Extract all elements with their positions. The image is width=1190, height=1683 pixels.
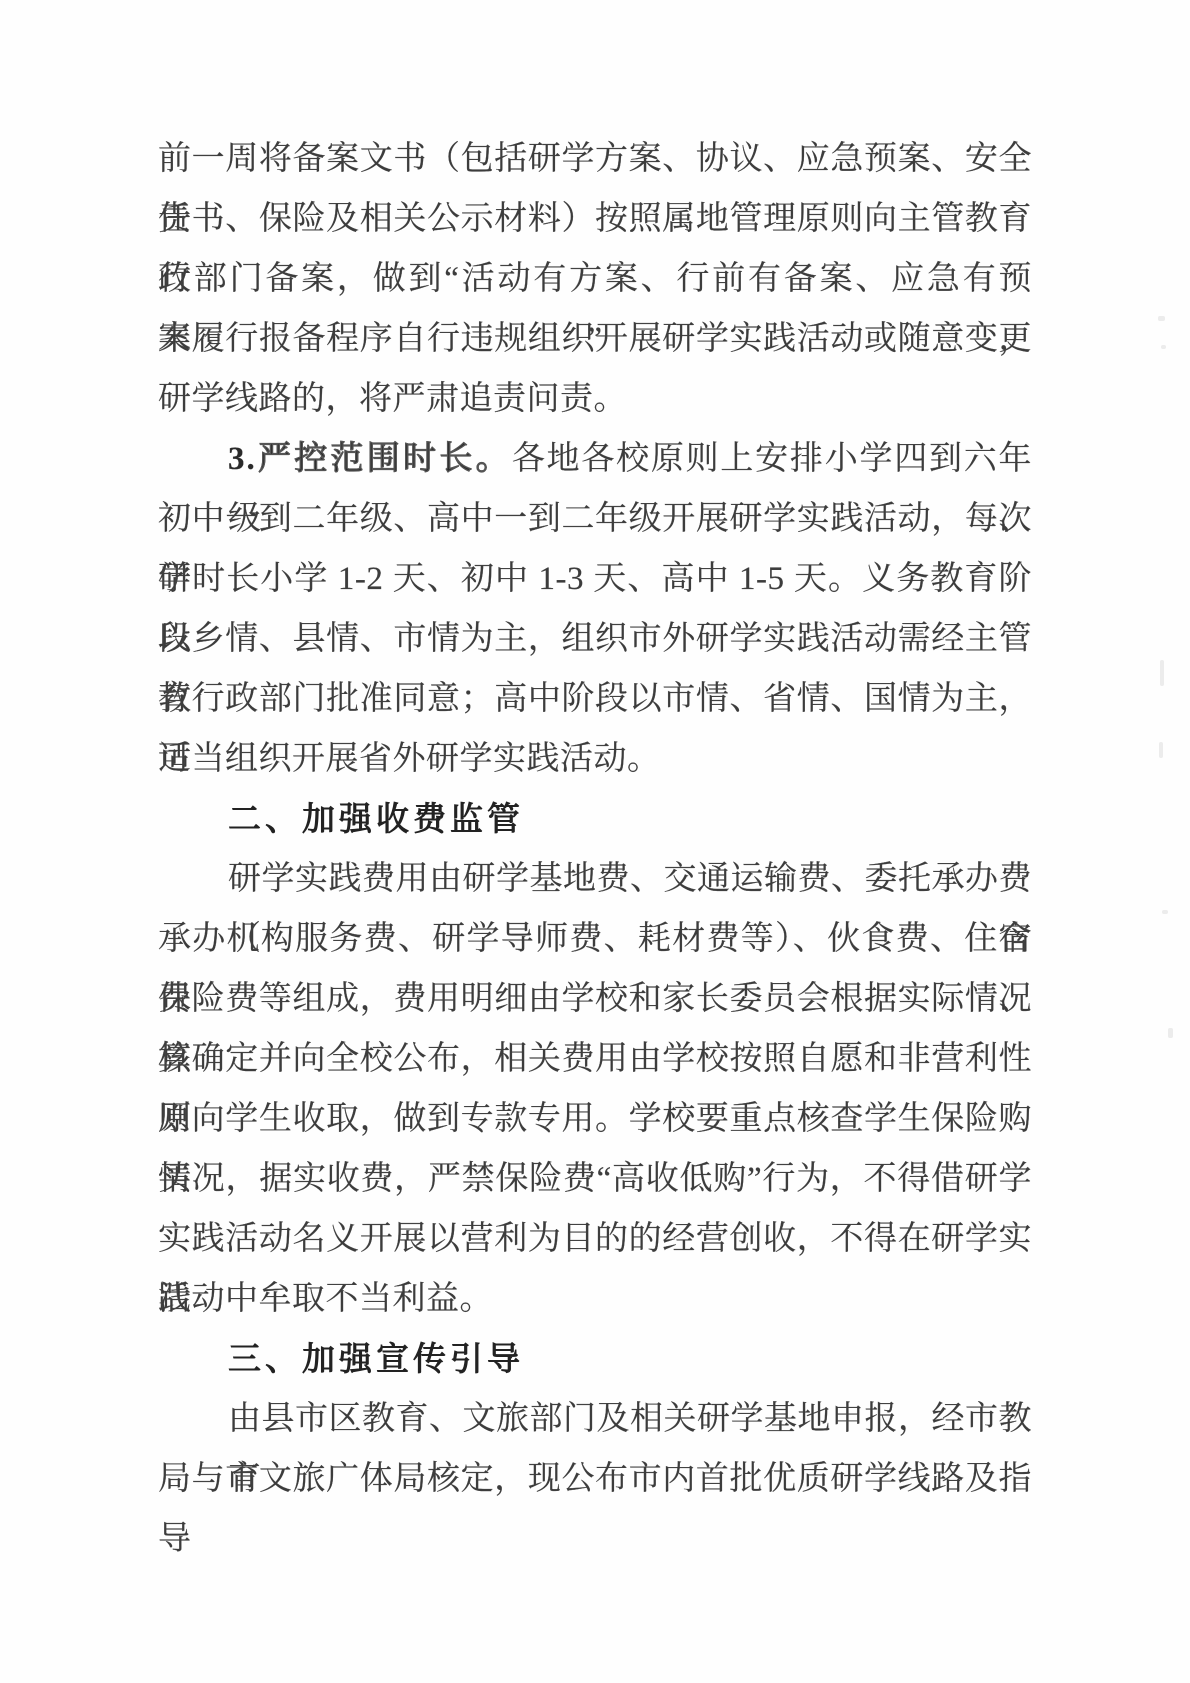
- text-line: 3.严控范围时长。各地各校原则上安排小学四到六年级、: [158, 429, 1032, 489]
- text-line: 研学实践费用由研学基地费、交通运输费、委托承办费（含: [158, 849, 1032, 909]
- text-line: 任书、保险及相关公示材料）按照属地管理原则向主管教育行: [158, 189, 1032, 249]
- text-line: 前一周将备案文书（包括研学方案、协议、应急预案、安全责: [158, 129, 1032, 189]
- text-line: 活动中牟取不当利益。: [158, 1269, 1032, 1329]
- text-line: 初中一到二年级、高中一到二年级开展研学实践活动，每次研: [158, 489, 1032, 549]
- scan-artifact: [1161, 345, 1166, 349]
- text-line: 研学线路的，将严肃追责问责。: [158, 369, 1032, 429]
- document-page: 前一周将备案文书（包括研学方案、协议、应急预案、安全责任书、保险及相关公示材料）…: [0, 0, 1190, 1683]
- text-line: 学时长小学 1-2 天、初中 1-3 天、高中 1-5 天。义务教育阶段: [158, 549, 1032, 609]
- text-line: 情况，据实收费，严禁保险费“高收低购”行为，不得借研学: [158, 1149, 1032, 1209]
- bold-run: 3.严控范围时长。: [228, 441, 512, 477]
- text-line: 实践活动名义开展以营利为目的的经营创收，不得在研学实践: [158, 1209, 1032, 1269]
- scan-artifact: [1168, 1028, 1173, 1038]
- text-line: 以乡情、县情、市情为主，组织市外研学实践活动需经主管教: [158, 609, 1032, 669]
- text-line: 承办机构服务费、研学导师费、耗材费等）、伙食费、住宿费、: [158, 909, 1032, 969]
- scan-artifact: [1160, 660, 1164, 686]
- scan-artifact: [1159, 742, 1163, 758]
- text-line: 未履行报备程序自行违规组织开展研学实践活动或随意变更: [158, 309, 1032, 369]
- scan-artifact: [1158, 316, 1165, 321]
- text-line: 政部门备案，做到“活动有方案、行前有备案、应急有预案”，: [158, 249, 1032, 309]
- section-heading: 二、加强收费监管: [158, 789, 1032, 849]
- section-heading: 三、加强宣传引导: [158, 1329, 1032, 1389]
- text-line: 适当组织开展省外研学实践活动。: [158, 729, 1032, 789]
- text-line: 则向学生收取，做到专款专用。学校要重点核查学生保险购买: [158, 1089, 1032, 1149]
- text-line: 保险费等组成，费用明细由学校和家长委员会根据实际情况核: [158, 969, 1032, 1029]
- text-line: 育行政部门批准同意；高中阶段以市情、省情、国情为主，可: [158, 669, 1032, 729]
- scan-artifact: [1162, 910, 1168, 914]
- document-body: 前一周将备案文书（包括研学方案、协议、应急预案、安全责任书、保险及相关公示材料）…: [158, 129, 1032, 1509]
- text-line: 局与市文旅广体局核定，现公布市内首批优质研学线路及指导: [158, 1449, 1032, 1509]
- text-line: 由县市区教育、文旅部门及相关研学基地申报，经市教育: [158, 1389, 1032, 1449]
- text-line: 算确定并向全校公布，相关费用由学校按照自愿和非营利性原: [158, 1029, 1032, 1089]
